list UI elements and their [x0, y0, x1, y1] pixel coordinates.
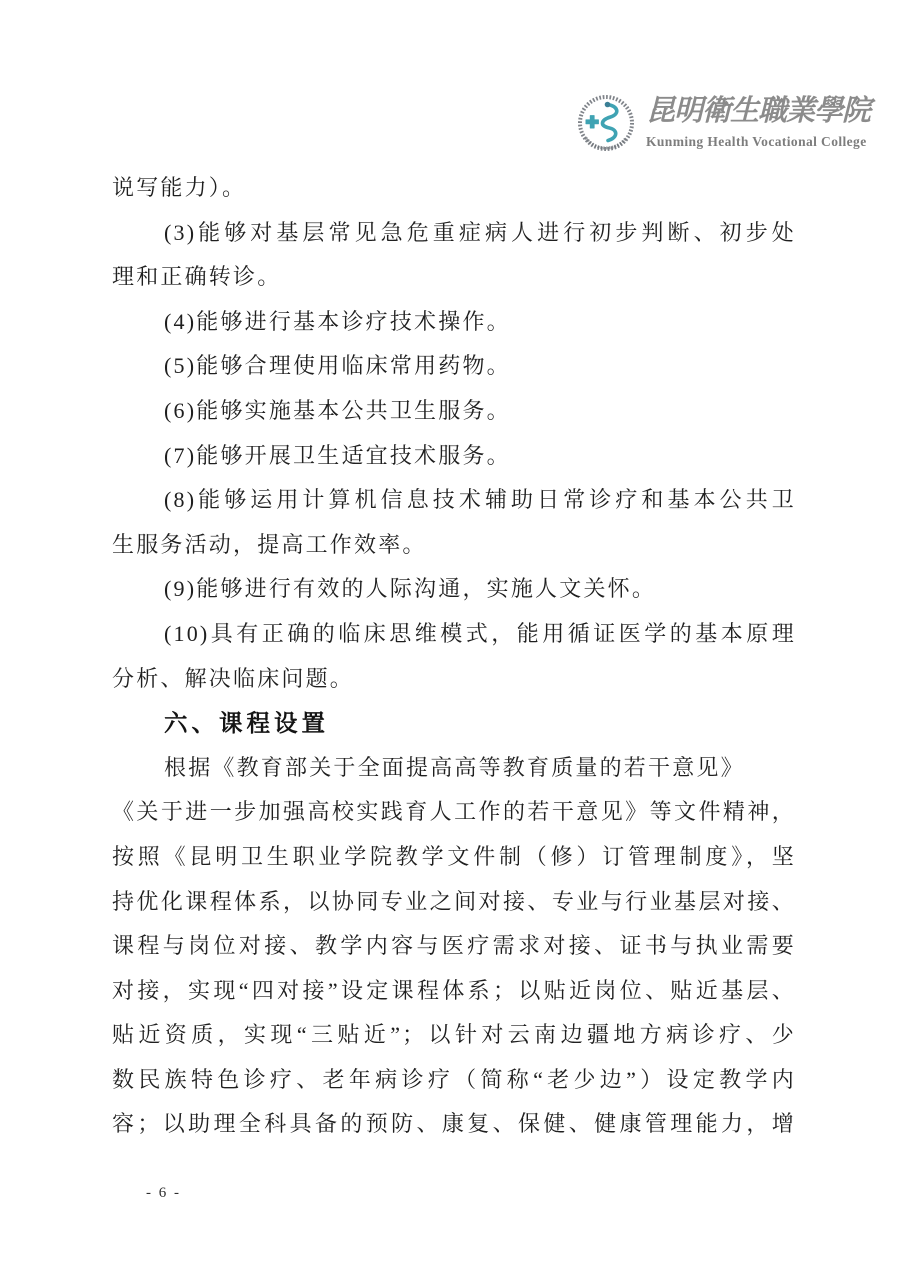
college-seal-logo — [571, 88, 641, 158]
text-line: (4)能够进行基本诊疗技术操作。 — [112, 300, 796, 345]
text-line: 对接，实现“四对接”设定课程体系；以贴近岗位、贴近基层、 — [112, 969, 796, 1014]
text-line: 课程与岗位对接、教学内容与医疗需求对接、证书与执业需要 — [112, 924, 796, 969]
text-line: 《关于进一步加强高校实践育人工作的若干意见》等文件精神， — [112, 790, 796, 835]
text-line: (9)能够进行有效的人际沟通，实施人文关怀。 — [112, 567, 796, 612]
document-body: 说写能力）。(3)能够对基层常见急危重症病人进行初步判断、初步处理和正确转诊。(… — [112, 166, 796, 1147]
text-line: (5)能够合理使用临床常用药物。 — [112, 344, 796, 389]
page-number: - 6 - — [146, 1185, 181, 1201]
text-line: 说写能力）。 — [112, 166, 796, 211]
text-line: 分析、解决临床问题。 — [112, 657, 796, 702]
text-line: 生服务活动，提高工作效率。 — [112, 523, 796, 568]
text-line: (3)能够对基层常见急危重症病人进行初步判断、初步处 — [112, 211, 796, 256]
text-line: 按照《昆明卫生职业学院教学文件制（修）订管理制度》，坚 — [112, 835, 796, 880]
text-line: (10)具有正确的临床思维模式，能用循证医学的基本原理 — [112, 612, 796, 657]
text-line: 贴近资质，实现“三贴近”；以针对云南边疆地方病诊疗、少 — [112, 1013, 796, 1058]
text-line: 容；以助理全科具备的预防、康复、保健、健康管理能力，增 — [112, 1102, 796, 1147]
text-line: (7)能够开展卫生适宜技术服务。 — [112, 434, 796, 479]
college-name-english: Kunming Health Vocational College — [646, 134, 886, 150]
college-name-chinese: 昆明衛生職業學院 — [646, 94, 874, 128]
text-line: (6)能够实施基本公共卫生服务。 — [112, 389, 796, 434]
text-line: 数民族特色诊疗、老年病诊疗（简称“老少边”）设定教学内 — [112, 1058, 796, 1103]
text-line: 根据《教育部关于全面提高高等教育质量的若干意见》 — [112, 746, 796, 791]
text-line: 理和正确转诊。 — [112, 255, 796, 300]
section-heading: 六、课程设置 — [112, 701, 796, 746]
text-line: (8)能够运用计算机信息技术辅助日常诊疗和基本公共卫 — [112, 478, 796, 523]
text-line: 持优化课程体系，以协同专业之间对接、专业与行业基层对接、 — [112, 880, 796, 925]
document-page: 昆明衛生職業學院 Kunming Health Vocational Colle… — [0, 0, 905, 1280]
page-footer: - 6 - — [146, 1185, 181, 1202]
